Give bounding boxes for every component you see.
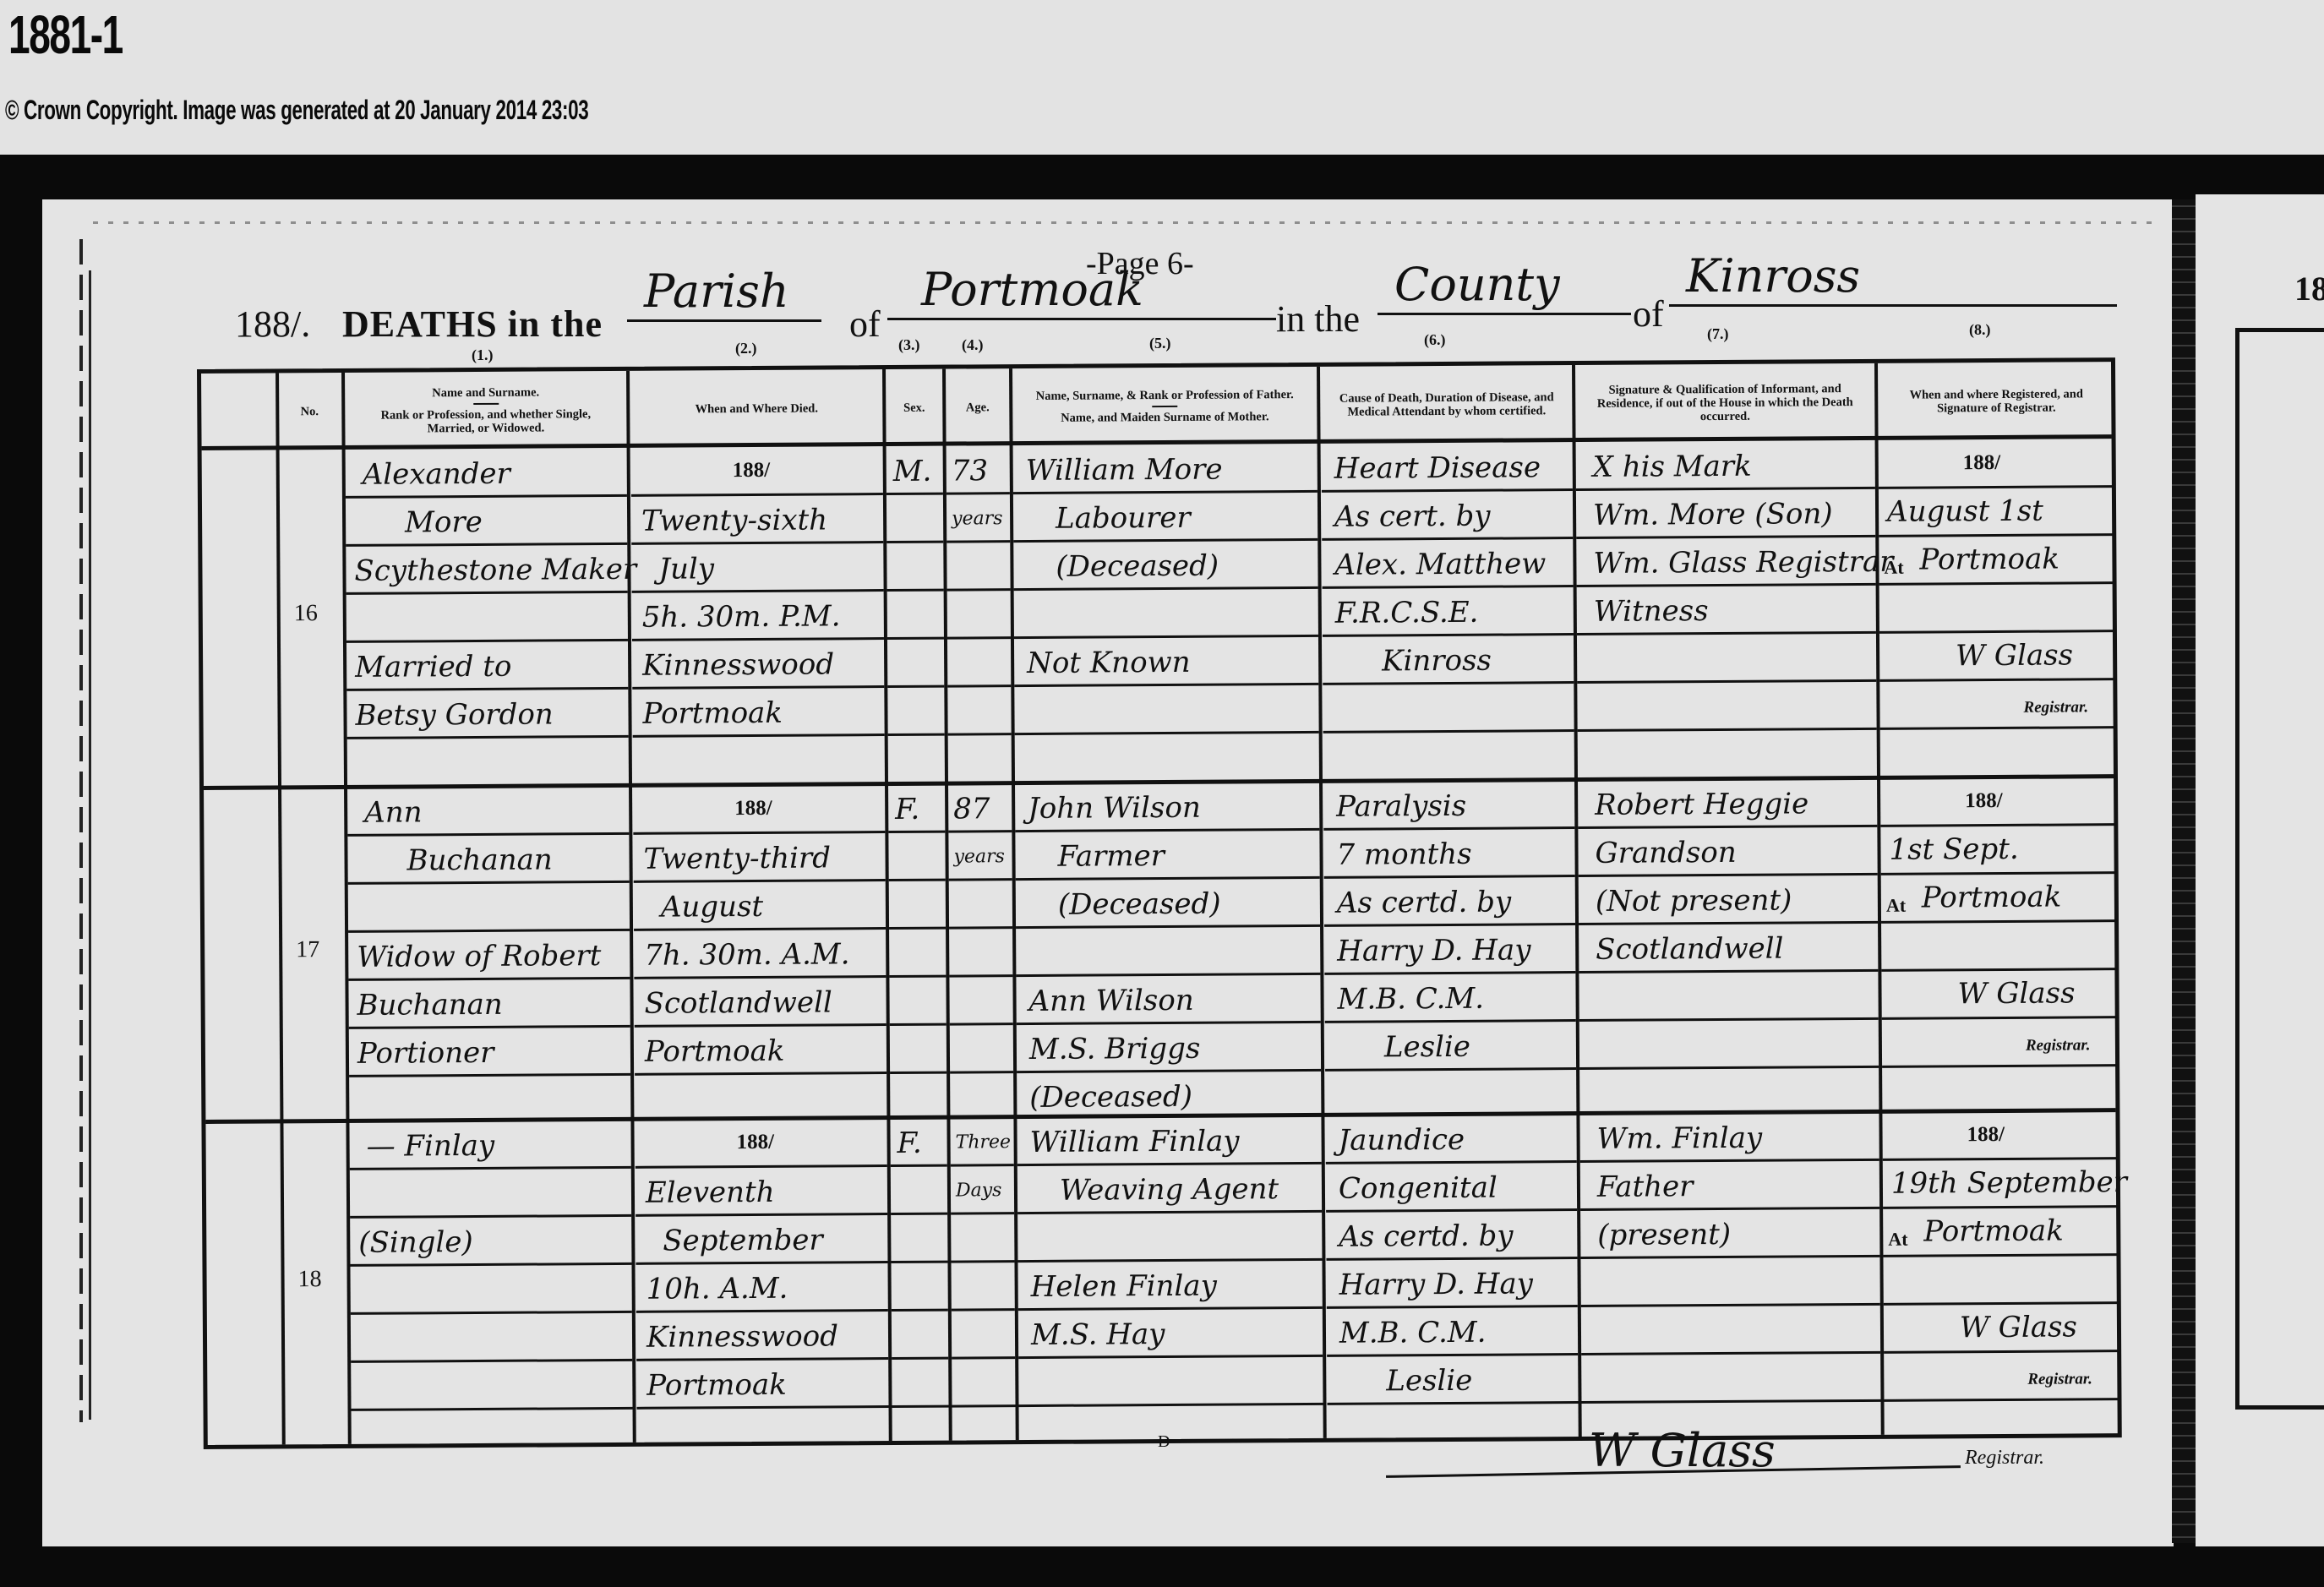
ruled-line — [346, 639, 628, 643]
father-mother-line: M.S. Briggs — [1029, 1032, 1201, 1066]
ruled-line — [947, 684, 1011, 687]
record-reference: 1881-1 — [8, 3, 123, 66]
ruled-line — [889, 975, 946, 978]
of-label: of — [849, 303, 881, 346]
death-date-place-line: Scotlandwell — [644, 985, 832, 1020]
at-label: At — [1888, 1229, 1907, 1251]
ruled-line — [1879, 678, 2114, 682]
cause-of-death-line: As certd. by — [1337, 886, 1511, 920]
header-informant: Signature & Qualification of Informant, … — [1575, 368, 1874, 438]
ruled-line — [349, 1025, 630, 1029]
registrar-signature: W Glass — [1957, 976, 2075, 1011]
printed-year: 188/ — [734, 797, 772, 821]
binding-margin-line — [89, 270, 91, 1420]
cause-of-death-line: M.B. C.M. — [1337, 982, 1484, 1017]
age-value: years — [952, 502, 1003, 536]
ruled-line — [1579, 921, 1878, 925]
ruled-line — [1015, 828, 1319, 832]
district-type-field: Parish — [627, 279, 821, 322]
ruled-line — [1881, 871, 2116, 875]
ruled-line — [1326, 1257, 1577, 1261]
death-date-place-line: Twenty-third — [643, 841, 831, 875]
printed-year: 188/ — [733, 459, 771, 483]
entry-16: 16AlexanderMoreScythestone MakerMarried … — [202, 439, 2114, 788]
printed-year: 188/ — [1963, 451, 2001, 475]
ruled-line — [636, 1357, 888, 1361]
cause-of-death-line: Jaundice — [1338, 1123, 1465, 1158]
ruled-line — [947, 540, 1010, 543]
ruled-line — [350, 1214, 631, 1219]
ruled-line — [347, 735, 629, 739]
ruled-line — [1884, 1301, 2119, 1306]
ruled-line — [887, 589, 944, 592]
cause-of-death-line: As certd. by — [1339, 1219, 1513, 1254]
ruled-line — [351, 1359, 632, 1363]
cause-of-death-line: Paralysis — [1336, 789, 1466, 824]
death-date-place-line: Portmoak — [645, 1034, 785, 1069]
ruled-line — [1579, 1017, 1879, 1022]
register-year: 188/. — [235, 303, 310, 346]
page-gutter — [2172, 199, 2196, 1543]
ruled-line — [950, 1071, 1013, 1073]
ruled-line — [1013, 490, 1317, 494]
ruled-line — [1017, 1069, 1321, 1073]
informant-line: Scotlandwell — [1596, 932, 1783, 967]
ruled-line — [1879, 485, 2114, 489]
ruled-line — [1322, 488, 1573, 493]
cause-of-death-line: Harry D. Hay — [1339, 1267, 1533, 1301]
informant-line: Wm. Glass Registrar — [1593, 545, 1893, 581]
ruled-line — [1579, 1066, 1879, 1070]
age-value: 73 — [952, 454, 989, 488]
ruled-line — [631, 541, 883, 545]
death-date-place-line: September — [663, 1223, 823, 1257]
registration-date: August 1st — [1887, 494, 2043, 529]
ruled-line — [892, 1357, 948, 1360]
ruled-line — [1881, 919, 2116, 924]
ruled-line — [347, 832, 629, 837]
ruled-line — [1326, 1208, 1577, 1213]
ruled-line — [348, 977, 630, 981]
ruled-line — [346, 494, 627, 499]
ruled-line — [1880, 823, 2115, 827]
ruled-line — [1327, 1305, 1578, 1309]
column-number-2: (2.) — [735, 340, 757, 357]
cause-of-death-line: Leslie — [1384, 1030, 1470, 1065]
cause-of-death-line: Congenital — [1339, 1171, 1498, 1206]
ruled-line — [632, 685, 884, 690]
registration-place: Portmoak — [1919, 543, 2059, 577]
age-value: Days — [956, 1174, 1002, 1208]
deceased-name-line: (Single) — [358, 1225, 473, 1260]
ruled-line — [346, 543, 627, 547]
ruled-line — [1882, 1064, 2117, 1068]
death-date-place-line: 5h. 30m. P.M. — [642, 599, 841, 634]
father-mother-line: John Wilson — [1028, 791, 1201, 826]
ruled-line — [350, 1263, 631, 1267]
header-age: Age. — [946, 374, 1009, 441]
informant-line: (present) — [1597, 1218, 1731, 1252]
county-name-field: Kinross — [1669, 264, 2117, 307]
ruled-line — [1576, 487, 1875, 491]
ruled-line — [952, 1356, 1015, 1359]
next-page-table-edge — [2235, 328, 2324, 1410]
ruled-line — [947, 636, 1011, 639]
ruled-line — [950, 1023, 1013, 1025]
ruled-line — [892, 1309, 948, 1312]
county-type-value: County — [1394, 258, 1560, 311]
father-mother-line: Labourer — [1056, 501, 1191, 536]
cause-of-death-line: M.B. C.M. — [1339, 1316, 1487, 1350]
cause-of-death-line: F.R.C.S.E. — [1335, 596, 1479, 630]
age-value: 87 — [953, 792, 990, 826]
cause-of-death-line: Leslie — [1386, 1364, 1472, 1399]
death-date-place-line: Portmoak — [646, 1368, 787, 1403]
ruled-line — [1581, 1303, 1880, 1307]
ruled-line — [888, 831, 945, 833]
ruled-line — [1577, 583, 1876, 587]
ruled-line — [1883, 1157, 2118, 1161]
ruled-line — [1327, 1401, 1578, 1405]
ruled-line — [1322, 537, 1573, 541]
ruled-line — [1323, 633, 1574, 637]
father-mother-line: William Finlay — [1029, 1124, 1239, 1159]
entry-number: 17 — [296, 936, 319, 963]
ruled-line — [1579, 873, 1878, 877]
next-page-year-fragment: 18 — [2294, 269, 2324, 308]
ruled-line — [350, 1166, 631, 1170]
in-the-label: in the — [1276, 297, 1360, 341]
column-number-5: (5.) — [1149, 335, 1171, 352]
header-sex: Sex. — [886, 374, 942, 442]
ruled-line — [632, 637, 884, 641]
registration-date: 19th September — [1891, 1165, 2127, 1201]
registrar-label: Registrar. — [2023, 698, 2088, 717]
father-mother-line: (Deceased) — [1058, 887, 1221, 922]
entry-number: 16 — [294, 600, 318, 627]
ruled-line — [346, 687, 628, 691]
ruled-line — [949, 878, 1012, 881]
deceased-name-line: Widow of Robert — [357, 939, 601, 974]
ruled-line — [1017, 1210, 1322, 1214]
father-mother-line: Not Known — [1027, 646, 1191, 680]
ruled-line — [1577, 679, 1876, 684]
ruled-line — [887, 637, 944, 640]
printed-year: 188/ — [1967, 1123, 2005, 1147]
informant-line: Witness — [1594, 594, 1709, 629]
cause-of-death-line: As cert. by — [1334, 499, 1491, 534]
district-name-field: Portmoak — [887, 277, 1276, 320]
district-type-value: Parish — [644, 264, 789, 318]
ruled-line — [1577, 631, 1876, 635]
informant-line: Robert Heggie — [1595, 787, 1808, 822]
header-died: When and Where Died. — [630, 374, 882, 444]
registrar-signature: W Glass — [1956, 638, 2073, 673]
printed-year: 188/ — [737, 1131, 775, 1154]
ruled-line — [352, 1407, 633, 1411]
ruled-line — [1327, 1353, 1578, 1357]
informant-line: Father — [1597, 1170, 1694, 1204]
ruled-line — [891, 1261, 947, 1263]
ruled-line — [636, 1213, 887, 1217]
sex-value: F. — [895, 793, 919, 826]
ruled-line — [1017, 1162, 1322, 1166]
county-type-field: County — [1377, 272, 1631, 315]
father-mother-line: Ann Wilson — [1028, 984, 1193, 1018]
ruled-line — [635, 1023, 887, 1028]
father-mother-line: Weaving Agent — [1060, 1172, 1279, 1208]
ruled-line — [947, 588, 1011, 591]
ruled-line — [1326, 1160, 1577, 1164]
registrar-signature: W Glass — [1589, 1424, 1776, 1477]
ruled-line — [1581, 1351, 1880, 1355]
cause-of-death-line: Kinross — [1382, 644, 1492, 679]
header-no: No. — [277, 378, 341, 445]
ruled-line — [889, 927, 946, 930]
ruled-line — [634, 879, 886, 883]
ruled-line — [890, 1072, 947, 1074]
ruled-line — [1883, 1253, 2118, 1257]
cause-of-death-line: Heart Disease — [1334, 450, 1541, 485]
age-value: Three — [955, 1126, 1011, 1159]
ruled-line — [949, 974, 1012, 977]
ruled-line — [1013, 538, 1317, 543]
column-number-4: (4.) — [962, 336, 984, 354]
ruled-line — [951, 1164, 1014, 1166]
ruled-line — [947, 492, 1010, 494]
ruled-line — [1016, 924, 1320, 929]
ruled-line — [1017, 1258, 1322, 1263]
ruled-line — [351, 1311, 632, 1315]
entry-17: 17AnnBuchananWidow of RobertBuchananPort… — [204, 777, 2115, 1122]
ruled-line — [1019, 1403, 1323, 1407]
ruled-line — [1579, 969, 1878, 973]
death-date-place-line: Kinnesswood — [646, 1319, 838, 1354]
death-date-place-line: 7h. 30m. A.M. — [644, 937, 849, 972]
sex-value: F. — [897, 1126, 921, 1160]
ruled-line — [1879, 630, 2114, 634]
ruled-line — [634, 927, 886, 931]
at-label: At — [1884, 557, 1903, 579]
father-mother-line: Farmer — [1057, 839, 1165, 874]
column-number-1: (1.) — [472, 346, 494, 364]
ruled-line — [1882, 1016, 2117, 1020]
ruled-line — [634, 975, 886, 979]
registrar-signature: W Glass — [1960, 1310, 2077, 1344]
ruled-line — [1018, 1306, 1323, 1311]
ruled-line — [1323, 681, 1574, 685]
ruled-line — [1014, 683, 1318, 687]
register-title: DEATHS in the — [342, 303, 603, 346]
informant-line: Wm. Finlay — [1596, 1121, 1762, 1156]
registrar-label: Registrar. — [1965, 1447, 2044, 1470]
ruled-line — [632, 589, 884, 593]
informant-line: Grandson — [1595, 836, 1736, 870]
ruled-line — [637, 1405, 889, 1410]
ruled-line — [1580, 1207, 1879, 1211]
ruled-line — [892, 1405, 949, 1408]
ruled-line — [1884, 1350, 2119, 1354]
ruled-line — [1018, 1355, 1323, 1359]
ruled-line — [346, 591, 628, 595]
ruled-line — [1016, 973, 1320, 977]
ruled-line — [1324, 923, 1575, 927]
ruled-line — [1324, 971, 1575, 975]
sex-value: M. — [893, 455, 932, 488]
viewer-header-band: 1881-1 © Crown Copyright. Image was gene… — [0, 0, 2324, 155]
informant-line: X his Mark — [1593, 450, 1752, 484]
ruled-line — [891, 1164, 947, 1167]
ruled-line — [1881, 968, 2116, 972]
ruled-line — [948, 830, 1012, 832]
column-number-6: (6.) — [1424, 331, 1446, 349]
ruled-line — [348, 881, 630, 885]
ruled-line — [1323, 585, 1574, 589]
death-date-place-line: July — [658, 552, 714, 586]
of-label-2: of — [1633, 292, 1664, 335]
at-label: At — [1886, 895, 1906, 917]
header-cause: Cause of Death, Duration of Disease, and… — [1321, 370, 1572, 439]
ruled-line — [1323, 826, 1574, 831]
ruled-line — [633, 831, 885, 835]
ruled-line — [1576, 535, 1875, 539]
header-father: Name, Surname, & Rank or Profession of F… — [1012, 372, 1317, 441]
ruled-line — [952, 1404, 1016, 1407]
page-edge-dots — [93, 221, 2155, 224]
ruled-line — [1325, 1067, 1576, 1072]
deceased-name-line: Alexander — [363, 457, 510, 492]
ruled-line — [635, 1072, 887, 1076]
scan-border-bottom — [0, 1546, 2324, 1587]
ruled-line — [1325, 1019, 1576, 1023]
deceased-name-line: Buchanan — [406, 843, 552, 877]
informant-line: (Not present) — [1596, 883, 1792, 918]
deceased-name-line: Portioner — [357, 1036, 494, 1071]
registration-place: Portmoak — [1923, 1214, 2064, 1249]
deceased-name-line: Buchanan — [357, 988, 502, 1023]
ruled-line — [949, 926, 1012, 929]
ruled-line — [1879, 581, 2114, 586]
ruled-line — [1323, 729, 1574, 734]
deceased-name-line: Betsy Gordon — [355, 697, 553, 732]
header-name: Name and Surname.Rank or Profession, and… — [345, 376, 626, 445]
binding-margin-dashed-line — [79, 239, 83, 1422]
deaths-register-table: No. Name and Surname.Rank or Profession,… — [197, 357, 2122, 1449]
ruled-line — [633, 734, 885, 738]
registrar-label: Registrar. — [2027, 1370, 2092, 1388]
ruled-line — [1580, 1159, 1879, 1163]
deceased-name-line: Scythestone Maker — [354, 553, 636, 588]
copyright-notice: © Crown Copyright. Image was generated a… — [5, 95, 588, 126]
cause-of-death-line: 7 months — [1336, 837, 1471, 872]
county-name-value: Kinross — [1686, 249, 1860, 303]
deceased-name-line: Ann — [364, 795, 423, 829]
ruled-line — [1014, 635, 1318, 639]
ruled-line — [887, 685, 944, 688]
death-date-place-line: Eleventh — [646, 1175, 775, 1210]
deceased-name-line: More — [405, 505, 483, 540]
informant-line: Wm. More (Son) — [1593, 497, 1833, 532]
ruled-line — [1580, 1255, 1879, 1259]
death-date-place-line: 10h. A.M. — [646, 1272, 788, 1306]
column-number-7: (7.) — [1707, 325, 1729, 343]
ruled-line — [1015, 731, 1319, 735]
ruled-line — [951, 1212, 1014, 1214]
district-name-value: Portmoak — [921, 263, 1143, 316]
father-mother-line: Helen Finlay — [1031, 1269, 1217, 1304]
death-date-place-line: August — [661, 890, 763, 924]
ruled-line — [1014, 586, 1318, 591]
ruled-line — [890, 1023, 947, 1026]
ruled-line — [888, 734, 945, 736]
ruled-line — [636, 1309, 888, 1313]
ruled-line — [1879, 533, 2114, 537]
age-value: years — [953, 840, 1005, 874]
death-date-place-line: Portmoak — [642, 696, 783, 731]
ruled-line — [889, 879, 946, 881]
ruled-line — [891, 1213, 947, 1215]
ruled-line — [1883, 1205, 2118, 1209]
ruled-line — [1880, 726, 2115, 730]
ruled-line — [636, 1261, 887, 1265]
ruled-line — [1884, 1398, 2119, 1402]
registration-place: Portmoak — [1922, 881, 2062, 915]
printed-year: 188/ — [1965, 789, 2003, 813]
column-number-3: (3.) — [898, 336, 920, 354]
father-mother-line: (Deceased) — [1029, 1080, 1192, 1115]
ruled-line — [887, 541, 943, 543]
ruled-line — [948, 733, 1012, 735]
ruled-line — [1324, 875, 1575, 879]
cause-of-death-line: Alex. Matthew — [1334, 547, 1546, 582]
death-date-place-line: Kinnesswood — [642, 647, 834, 682]
father-mother-line: M.S. Hay — [1031, 1317, 1165, 1352]
ruled-line — [951, 1260, 1014, 1263]
column-number-8: (8.) — [1969, 321, 1991, 339]
father-mother-line: William More — [1026, 453, 1223, 488]
entry-18: 18— Finlay(Single)188/EleventhSeptember1… — [205, 1110, 2117, 1448]
ruled-line — [887, 493, 943, 495]
ruled-line — [1017, 1021, 1321, 1025]
ruled-line — [348, 929, 630, 933]
ruled-line — [952, 1308, 1015, 1311]
ruled-line — [636, 1164, 887, 1169]
cause-of-death-line: Harry D. Hay — [1337, 933, 1530, 968]
ruled-line — [1578, 728, 1877, 732]
father-mother-line: (Deceased) — [1056, 549, 1219, 584]
ruled-line — [349, 1073, 630, 1077]
ruled-line — [631, 493, 883, 497]
deceased-name-line: Married to — [355, 650, 512, 684]
death-date-place-line: Twenty-sixth — [641, 503, 827, 537]
registration-date: 1st Sept. — [1889, 832, 2018, 867]
form-letter: D — [1158, 1432, 1170, 1452]
ruled-line — [1578, 825, 1877, 829]
ruled-line — [1016, 876, 1320, 881]
deceased-name-line: — Finlay — [367, 1129, 495, 1164]
registrar-label: Registrar. — [2026, 1036, 2091, 1055]
ruled-line — [1581, 1399, 1880, 1404]
entry-number: 18 — [297, 1266, 321, 1293]
header-registered: When and where Registered, and Signature… — [1878, 367, 2114, 436]
